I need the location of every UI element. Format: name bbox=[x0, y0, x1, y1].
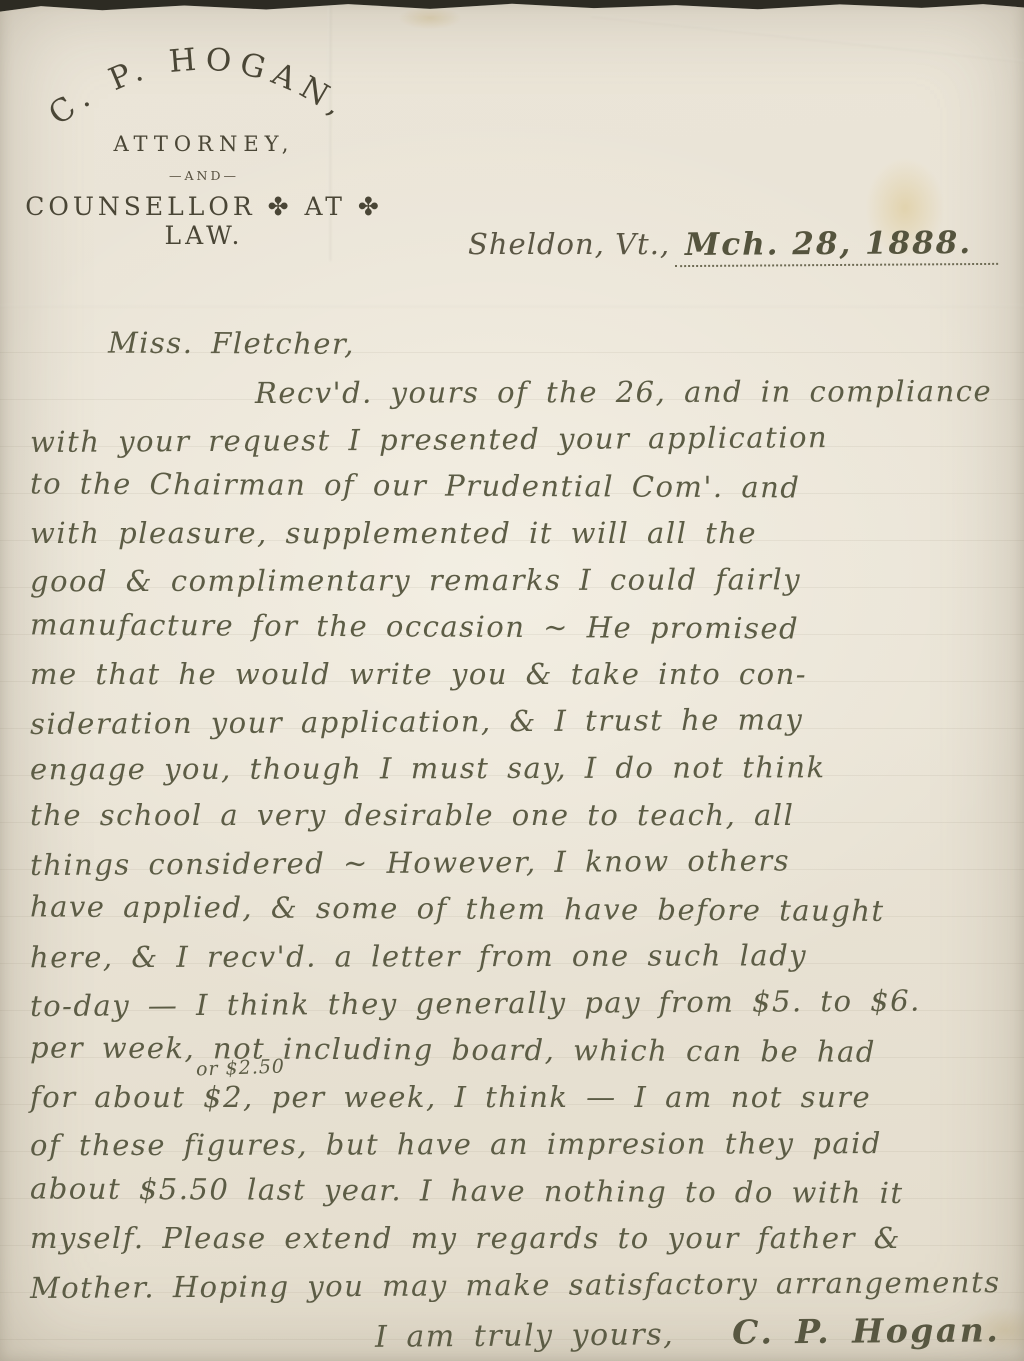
body-line: Mother. Hoping you may make satisfactory… bbox=[30, 1259, 1024, 1312]
salutation: Miss. Fletcher, bbox=[108, 320, 1024, 372]
dateline: Sheldon, Vt., Mch. 28, 1888. bbox=[468, 226, 1008, 266]
letterhead-name-text: C. P. HOGAN, bbox=[42, 41, 357, 132]
body-line: have applied, & some of them have before… bbox=[30, 883, 1024, 935]
svg-text:C. P. HOGAN,: C. P. HOGAN, bbox=[42, 41, 357, 132]
letterhead-arched-name: C. P. HOGAN, bbox=[16, 22, 392, 140]
closing-phrase: I am truly yours, bbox=[375, 1311, 675, 1361]
body-line: things considered ~ However, I know othe… bbox=[30, 836, 1024, 889]
signature: C. P. Hogan. bbox=[732, 1306, 1001, 1355]
letterhead-subtitle: COUNSELLOR ✤ AT ✤ LAW. bbox=[16, 192, 392, 250]
body-line: me that he would write you & take into c… bbox=[30, 651, 1024, 698]
body-line: per week, not including board, which can… bbox=[30, 1024, 1024, 1076]
body-line: here, & I recv'd. a letter from one such… bbox=[30, 932, 1024, 982]
body-line: engage you, though I must say, I do not … bbox=[30, 744, 1024, 794]
scanned-letter: C. P. HOGAN, ATTORNEY, —AND— COUNSELLOR … bbox=[0, 0, 1024, 1361]
paper-crease-diagonal bbox=[591, 15, 1024, 63]
interline-insertion: or $2.50 bbox=[196, 1055, 286, 1080]
paper-crease-horizontal bbox=[0, 305, 1024, 307]
letter-page: C. P. HOGAN, ATTORNEY, —AND— COUNSELLOR … bbox=[0, 0, 1024, 1361]
body-line: myself. Please extend my regards to your… bbox=[30, 1215, 1024, 1262]
body-line: to the Chairman of our Prudential Com'. … bbox=[30, 460, 1024, 512]
body-line: Recv'd. yours of the 26, and in complian… bbox=[255, 368, 1024, 417]
body-line: of these figures, but have an impresion … bbox=[30, 1120, 1024, 1170]
closing-row: I am truly yours, C. P. Hogan. bbox=[375, 1306, 1024, 1359]
body-line: with pleasure, supplemented it will all … bbox=[30, 510, 1024, 557]
body-line: for about $2, per week, I think — I am n… bbox=[30, 1074, 1024, 1121]
body-line: about $5.50 last year. I have nothing to… bbox=[30, 1165, 1024, 1217]
body-line: sideration your application, & I trust h… bbox=[30, 695, 1024, 748]
letter-body: Miss. Fletcher, Recv'd. yours of the 26,… bbox=[0, 322, 1024, 1356]
dateline-place: Sheldon, Vt., bbox=[468, 227, 670, 261]
dateline-date: Mch. 28, 1888. bbox=[675, 225, 998, 267]
letterhead-and-separator: —AND— bbox=[16, 168, 392, 183]
body-line: the school a very desirable one to teach… bbox=[30, 792, 1024, 839]
body-line: to-day — I think they generally pay from… bbox=[30, 977, 1024, 1030]
body-line: manufacture for the occasion ~ He promis… bbox=[30, 601, 1024, 653]
letterhead: C. P. HOGAN, ATTORNEY, —AND— COUNSELLOR … bbox=[16, 22, 392, 250]
body-line: good & complimentary remarks I could fai… bbox=[30, 556, 1024, 606]
body-line: with your request I presented your appli… bbox=[30, 413, 1024, 466]
letterhead-role: ATTORNEY, bbox=[16, 132, 392, 156]
